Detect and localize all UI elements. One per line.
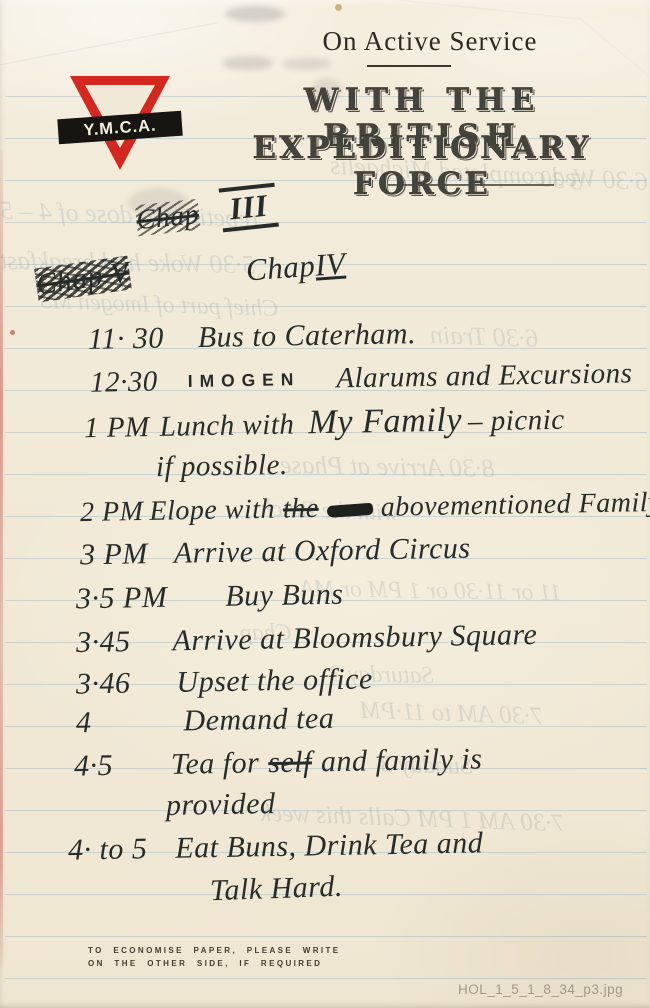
pencil-smudge <box>282 58 332 70</box>
handwritten-line: Talk Hard. <box>209 870 343 908</box>
handwritten-line: provided <box>166 787 276 823</box>
heading-underline <box>367 65 451 67</box>
handwritten-line: 3·5 PMBuy Buns <box>76 578 344 616</box>
handwritten-line: 4Demand tea <box>76 702 335 740</box>
ymca-logo: Y.M.C.A. <box>68 76 172 172</box>
ruled-line <box>5 936 647 937</box>
handwritten-line: Chap IV <box>245 247 347 289</box>
economise-note-line2: ON THE OTHER SIDE, IF REQUIRED <box>88 959 322 968</box>
pencil-smudge <box>225 6 285 22</box>
pencil-smudge <box>222 56 274 70</box>
bleed-through-text: 6·30 Train <box>430 320 539 354</box>
handwritten-line: 3·46Upset the office <box>76 662 373 701</box>
scan-edge-artifact <box>0 150 3 968</box>
foxing-speck <box>335 4 342 11</box>
handwritten-line: 1 PMLunch withMy Family– picnic <box>84 400 565 447</box>
filename-watermark: HOL_1_5_1_8_34_p3.jpg <box>458 982 623 997</box>
ruled-line <box>5 978 647 979</box>
handwritten-line: 11· 30Bus to Caterham. <box>88 317 417 356</box>
bleed-through-text: 8·30 Arrive at Phase <box>280 450 495 484</box>
handwritten-line: 4· to 5Eat Buns, Drink Tea and <box>68 826 484 867</box>
foxing-speck <box>10 330 15 335</box>
scanned-letter-page: 5 to 6·30 Wed completed Michaelis5·30rep… <box>0 0 650 1008</box>
handwritten-line: 4·5Tea forselfand family is <box>74 742 483 783</box>
crease-mark <box>380 0 579 20</box>
handwritten-line: 3 PMArrive at Oxford Circus <box>80 532 471 572</box>
on-active-service-heading: On Active Service <box>280 26 580 57</box>
economise-note-line1: TO ECONOMISE PAPER, PLEASE WRITE <box>88 946 341 955</box>
title-underline <box>388 184 554 186</box>
inked-out-word <box>326 502 373 517</box>
crease-mark <box>0 22 218 68</box>
handwritten-line: if possible. <box>156 449 288 484</box>
handwritten-line: 3·45Arrive at Bloomsbury Square <box>76 618 538 660</box>
handwritten-line: 2 PMElope withtheabovementioned Family <box>80 487 650 528</box>
handwritten-line: 12·30ImogenAlarums and Excursions <box>90 357 633 399</box>
